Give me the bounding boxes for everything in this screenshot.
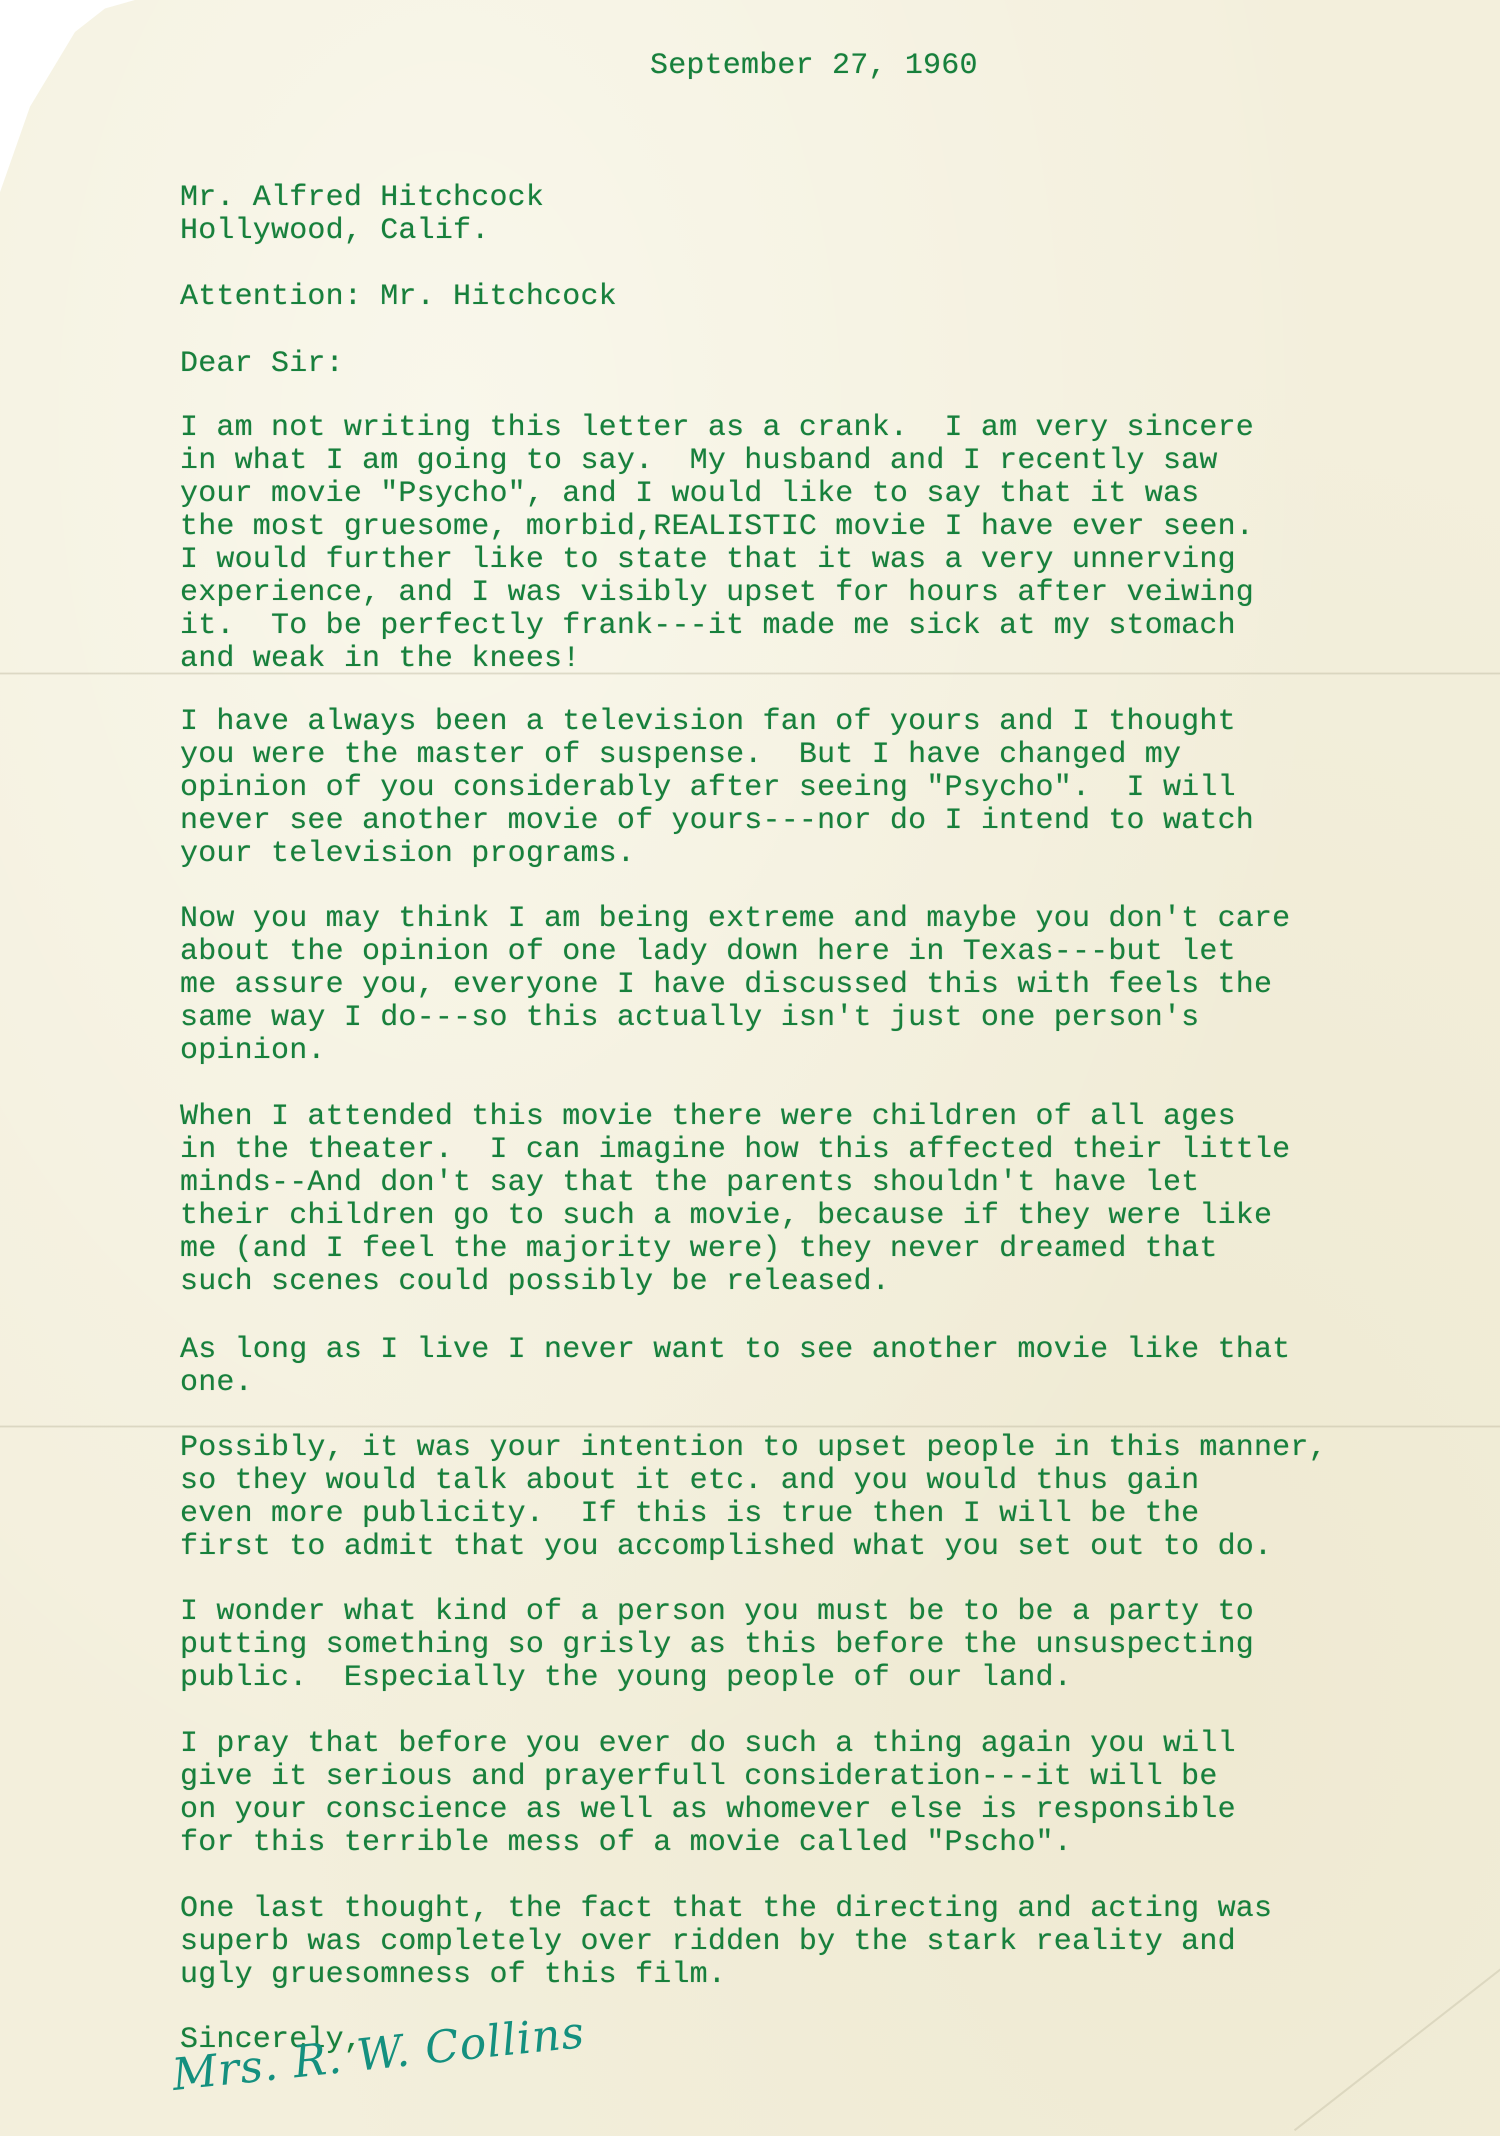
handwritten-signature: Mrs. R. W. Collins — [170, 2007, 588, 2101]
recipient-name: Mr. Alfred Hitchcock — [180, 181, 544, 215]
paper-fold-line — [0, 1425, 1500, 1428]
letter-date: September 27, 1960 — [650, 50, 978, 83]
body-paragraph: As long as I live I never want to see an… — [180, 1334, 1290, 1400]
body-paragraph: One last thought, the fact that the dire… — [180, 1893, 1272, 1992]
recipient-location: Hollywood, Calif. — [180, 214, 489, 248]
attention-line: Attention: Mr. Hitchcock — [180, 281, 617, 314]
salutation: Dear Sir: — [180, 348, 344, 381]
body-paragraph: Possibly, it was your intention to upset… — [180, 1432, 1327, 1564]
body-paragraph: Now you may think I am being extreme and… — [180, 903, 1290, 1068]
body-paragraph: I am not writing this letter as a crank.… — [180, 412, 1254, 676]
paper-crease — [1294, 1871, 1500, 2131]
body-paragraph: I pray that before you ever do such a th… — [180, 1728, 1236, 1860]
letter-paper: September 27, 1960 Mr. Alfred Hitchcock … — [0, 0, 1500, 2136]
body-paragraph: When I attended this movie there were ch… — [180, 1101, 1290, 1299]
body-paragraph: I have always been a television fan of y… — [180, 706, 1254, 871]
body-paragraph: I wonder what kind of a person you must … — [180, 1596, 1254, 1695]
recipient-address: Mr. Alfred Hitchcock Hollywood, Calif. — [180, 182, 544, 248]
